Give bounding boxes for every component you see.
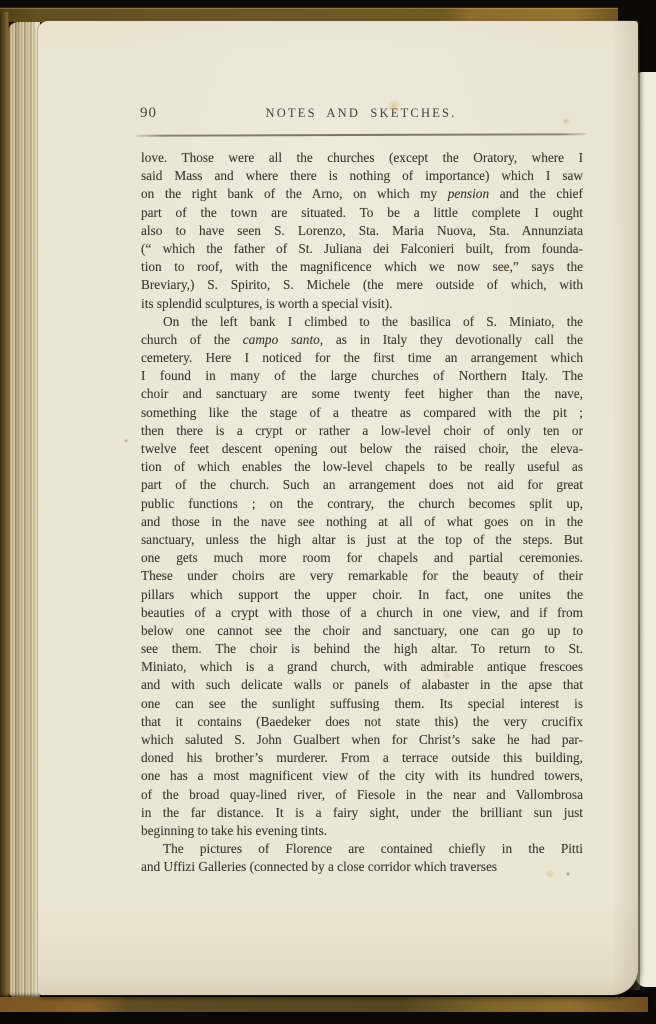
text-segment: beauties of a crypt with those of a chur… — [141, 605, 583, 620]
text-line: then there is a crypt or rather a low-le… — [141, 422, 583, 440]
text-line: These under choirs are very remarkable f… — [141, 567, 583, 585]
text-line: love. Those were all the churches (excep… — [141, 149, 583, 167]
text-segment: doned his brother’s murderer. From a ter… — [141, 750, 583, 765]
text-segment: The pictures of Florence are contained c… — [163, 841, 583, 856]
book-page: 90 NOTES AND SKETCHES. love. Those were … — [38, 21, 638, 995]
text-segment: and those in the nave see nothing at all… — [141, 514, 583, 529]
text-segment: twelve feet descent opening out below th… — [141, 441, 583, 456]
text-segment: and the chief — [489, 186, 583, 201]
text-segment: Breviary,) S. Spirito, S. Michele (the m… — [141, 277, 583, 292]
text-line: public functions ; on the contrary, the … — [141, 495, 583, 513]
text-line: On the left bank I climbed to the basili… — [141, 313, 583, 331]
text-segment: part of the town are situated. To be a l… — [141, 205, 583, 220]
text-segment: and Uffizi Galleries (connected by a clo… — [141, 859, 497, 874]
text-line: pillars which support the upper choir. I… — [141, 586, 583, 604]
text-block: love. Those were all the churches (excep… — [141, 149, 583, 877]
text-line: which saluted S. John Gualbert when for … — [141, 731, 583, 749]
text-line: part of the church. Such an arrangement … — [141, 476, 583, 494]
text-segment: its splendid sculptures, is worth a spec… — [141, 296, 393, 311]
text-line: see them. The choir is behind the high a… — [141, 640, 583, 658]
text-line: of the broad quay-lined river, of Fiesol… — [141, 786, 583, 804]
text-segment: on the right bank of the Arno, on which … — [141, 186, 448, 201]
text-line: one can see the sunlight suffusing them.… — [141, 695, 583, 713]
text-line: below one cannot see the choir and sanct… — [141, 622, 583, 640]
header-rule — [136, 133, 586, 137]
text-line: Breviary,) S. Spirito, S. Michele (the m… — [141, 276, 583, 294]
italic-text: pension — [448, 186, 489, 201]
paragraph: On the left bank I climbed to the basili… — [141, 313, 583, 840]
text-segment: something like the stage of a theatre as… — [141, 405, 583, 420]
text-line: (“ which the father of St. Juliana dei F… — [141, 240, 583, 258]
text-segment: one gets much more room for chapels and … — [141, 550, 583, 565]
text-segment: On the left bank I climbed to the basili… — [163, 314, 583, 329]
text-segment: tion to roof, with the magnificence whic… — [141, 259, 583, 274]
page-edges-stack — [8, 22, 40, 997]
paragraph: love. Those were all the churches (excep… — [141, 149, 583, 313]
text-line: one has a most magnificent view of the c… — [141, 767, 583, 785]
text-line: tion of which enables the low-level chap… — [141, 458, 583, 476]
book-scan: 90 NOTES AND SKETCHES. love. Those were … — [0, 0, 656, 1024]
text-segment: cemetery. Here I noticed for the first t… — [141, 350, 583, 365]
text-segment: public functions ; on the contrary, the … — [141, 496, 583, 511]
text-segment: sanctuary, unless the high altar is just… — [141, 532, 583, 547]
text-segment: choir and sanctuary are some twenty feet… — [141, 386, 583, 401]
text-segment: which saluted S. John Gualbert when for … — [141, 732, 583, 747]
text-line: its splendid sculptures, is worth a spec… — [141, 295, 583, 313]
text-segment: These under choirs are very remarkable f… — [141, 568, 583, 583]
italic-text: campo santo, — [243, 332, 323, 347]
page-header: 90 NOTES AND SKETCHES. — [140, 104, 582, 124]
text-line: sanctuary, unless the high altar is just… — [141, 531, 583, 549]
text-segment: in the far distance. It is a fairy sight… — [141, 805, 583, 820]
text-segment: part of the church. Such an arrangement … — [141, 477, 583, 492]
text-line: beauties of a crypt with those of a chur… — [141, 604, 583, 622]
text-line: and Uffizi Galleries (connected by a clo… — [141, 858, 583, 876]
running-header-title: NOTES AND SKETCHES. — [140, 106, 582, 121]
text-segment: one can see the sunlight suffusing them.… — [141, 696, 583, 711]
text-line: doned his brother’s murderer. From a ter… — [141, 749, 583, 767]
text-segment: as in Italy they devotionally call the — [323, 332, 583, 347]
text-line: choir and sanctuary are some twenty feet… — [141, 385, 583, 403]
book-cover-top-edge — [0, 7, 618, 22]
text-line: and those in the nave see nothing at all… — [141, 513, 583, 531]
text-line: Miniato, which is a grand church, with a… — [141, 658, 583, 676]
text-line: The pictures of Florence are contained c… — [141, 840, 583, 858]
text-line: said Mass and where there is nothing of … — [141, 167, 583, 185]
text-segment: pillars which support the upper choir. I… — [141, 587, 583, 602]
text-line: beginning to take his evening tints. — [141, 822, 583, 840]
text-line: cemetery. Here I noticed for the first t… — [141, 349, 583, 367]
text-segment: Miniato, which is a grand church, with a… — [141, 659, 583, 674]
text-segment: one has a most magnificent view of the c… — [141, 768, 583, 783]
text-line: that it contains (Baedeker does not stat… — [141, 713, 583, 731]
text-segment: also to have seen S. Lorenzo, Sta. Maria… — [141, 223, 583, 238]
text-line: part of the town are situated. To be a l… — [141, 204, 583, 222]
text-line: in the far distance. It is a fairy sight… — [141, 804, 583, 822]
paragraph: The pictures of Florence are contained c… — [141, 840, 583, 876]
text-segment: I found in many of the large churches of… — [141, 368, 583, 383]
background-shadow — [0, 1012, 656, 1024]
text-line: on the right bank of the Arno, on which … — [141, 185, 583, 203]
text-segment: then there is a crypt or rather a low-le… — [141, 423, 583, 438]
text-line: tion to roof, with the magnificence whic… — [141, 258, 583, 276]
text-segment: church of the — [141, 332, 243, 347]
text-line: twelve feet descent opening out below th… — [141, 440, 583, 458]
text-line: something like the stage of a theatre as… — [141, 404, 583, 422]
text-segment: below one cannot see the choir and sanct… — [141, 623, 583, 638]
text-segment: of the broad quay-lined river, of Fiesol… — [141, 787, 583, 802]
text-segment: love. Those were all the churches (excep… — [141, 150, 583, 165]
text-line: I found in many of the large churches of… — [141, 367, 583, 385]
text-segment: see them. The choir is behind the high a… — [141, 641, 583, 656]
text-segment: that it contains (Baedeker does not stat… — [141, 714, 583, 729]
text-line: church of the campo santo, as in Italy t… — [141, 331, 583, 349]
text-line: one gets much more room for chapels and … — [141, 549, 583, 567]
text-segment: said Mass and where there is nothing of … — [141, 168, 583, 183]
text-segment: beginning to take his evening tints. — [141, 823, 327, 838]
foxing-spot — [124, 439, 128, 443]
text-line: and with such delicate walls or panels o… — [141, 676, 583, 694]
text-segment: (“ which the father of St. Juliana dei F… — [141, 241, 583, 256]
text-segment: and with such delicate walls or panels o… — [141, 677, 583, 692]
text-segment: tion of which enables the low-level chap… — [141, 459, 583, 474]
text-line: also to have seen S. Lorenzo, Sta. Maria… — [141, 222, 583, 240]
